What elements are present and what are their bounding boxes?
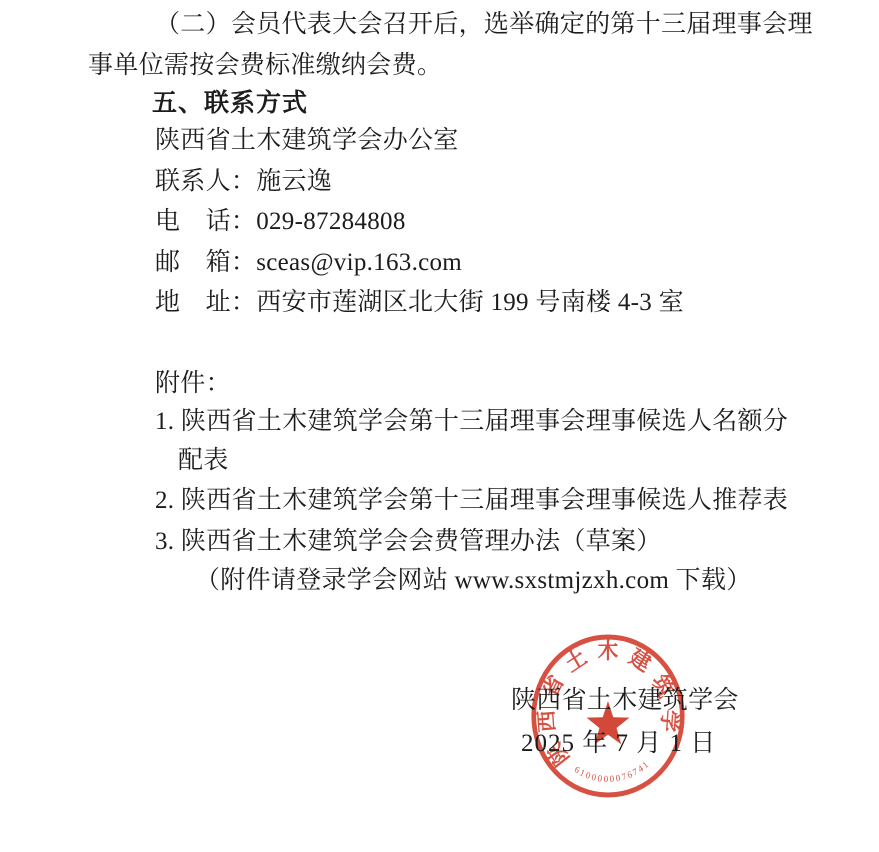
contact-address-line: 地 址：西安市莲湖区北大街 199 号南楼 4-3 室 <box>155 288 684 318</box>
paragraph-line-2: 事单位需按会费标准缴纳会费。 <box>88 51 442 81</box>
attachment-item-2: 2. 陕西省土木建筑学会第十三届理事会理事候选人推荐表 <box>155 486 788 516</box>
contact-person-line: 联系人：施云逸 <box>155 167 332 197</box>
official-seal: 陕西省土木建筑学会 6100000076741 <box>513 621 703 811</box>
signature-date: 2025 年 7 月 1 日 <box>521 729 716 759</box>
attachments-label: 附件： <box>155 369 231 399</box>
signature-organization: 陕西省土木建筑学会 <box>511 686 739 716</box>
section-heading: 五、联系方式 <box>152 88 308 118</box>
contact-office-line: 陕西省土木建筑学会办公室 <box>155 126 459 156</box>
paragraph-line-1: （二）会员代表大会召开后，选举确定的第十三届理事会理 <box>155 10 813 40</box>
attachment-item-1-line-1: 1. 陕西省土木建筑学会第十三届理事会理事候选人名额分 <box>155 407 788 437</box>
svg-text:6100000076741: 6100000076741 <box>572 756 652 788</box>
contact-phone-line: 电 话：029-87284808 <box>155 207 406 237</box>
document-page: （二）会员代表大会召开后，选举确定的第十三届理事会理 事单位需按会费标准缴纳会费… <box>0 0 879 852</box>
attachment-item-3: 3. 陕西省土木建筑学会会费管理办法（草案） <box>155 527 662 557</box>
attachment-item-1-line-2: 配表 <box>178 446 229 476</box>
attachments-download-note: （附件请登录学会网站 www.sxstmjzxh.com 下载） <box>195 566 752 596</box>
seal-registration-number: 6100000076741 <box>572 756 652 788</box>
contact-email-line: 邮 箱：sceas@vip.163.com <box>155 248 462 278</box>
